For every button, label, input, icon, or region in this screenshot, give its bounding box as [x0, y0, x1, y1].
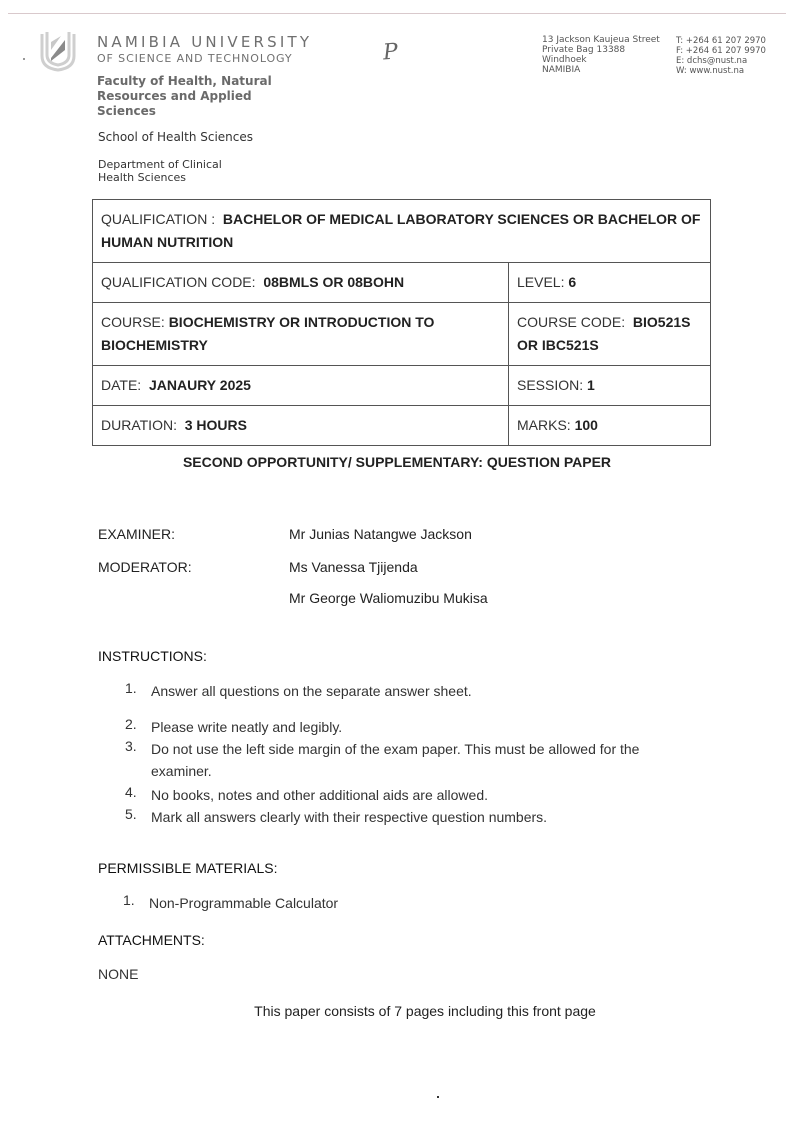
school-name: School of Health Sciences [98, 130, 253, 144]
qualification-label: QUALIFICATION : [101, 211, 215, 227]
permissible-materials-heading: PERMISSIBLE MATERIALS: [98, 860, 277, 876]
item-text: Answer all questions on the separate ans… [151, 680, 685, 702]
address-line: Private Bag 13388 [542, 45, 660, 55]
instruction-item: 5. Mark all answers clearly with their r… [125, 806, 685, 828]
item-text: Please write neatly and legibly. [151, 716, 685, 738]
level-cell: LEVEL: 6 [509, 263, 711, 303]
item-text: No books, notes and other additional aid… [151, 784, 685, 806]
marks-cell: MARKS: 100 [509, 406, 711, 446]
instruction-item: 1. Answer all questions on the separate … [125, 680, 685, 702]
level-label: LEVEL: [517, 274, 564, 290]
address-line: 13 Jackson Kaujeua Street [542, 35, 660, 45]
attachments-heading: ATTACHMENTS: [98, 932, 205, 948]
duration-cell: DURATION: 3 HOURS [93, 406, 509, 446]
item-number: 5. [125, 806, 147, 822]
qualification-code-label: QUALIFICATION CODE: [101, 274, 256, 290]
handwritten-mark: P [382, 40, 399, 66]
course-row: COURSE: BIOCHEMISTRY OR INTRODUCTION TO … [93, 303, 711, 366]
contact-details: T: +264 61 207 2970 F: +264 61 207 9970 … [676, 36, 766, 76]
qualification-code-row: QUALIFICATION CODE: 08BMLS OR 08BOHN LEV… [93, 263, 711, 303]
scan-top-rule [8, 13, 786, 14]
item-text: Non-Programmable Calculator [149, 892, 683, 914]
item-text: Do not use the left side margin of the e… [151, 738, 685, 782]
instruction-item: 3. Do not use the left side margin of th… [125, 738, 685, 782]
item-number: 2. [125, 716, 147, 732]
department-name: Department of Clinical Health Sciences [98, 158, 258, 184]
moderator-label: MODERATOR: [98, 559, 192, 575]
qualification-cell: QUALIFICATION : BACHELOR OF MEDICAL LABO… [93, 200, 711, 263]
postal-address: 13 Jackson Kaujeua Street Private Bag 13… [542, 35, 660, 75]
department-line: Health Sciences [98, 171, 258, 184]
date-value: JANAURY 2025 [149, 377, 251, 393]
marks-label: MARKS: [517, 417, 571, 433]
scan-speck [437, 1096, 439, 1098]
date-label: DATE: [101, 377, 141, 393]
duration-label: DURATION: [101, 417, 177, 433]
examiner-name: Mr Junias Natangwe Jackson [289, 526, 472, 542]
qualification-row: QUALIFICATION : BACHELOR OF MEDICAL LABO… [93, 200, 711, 263]
nust-logo-icon [36, 28, 80, 72]
email-line: E: dchs@nust.na [676, 56, 766, 66]
date-row: DATE: JANAURY 2025 SESSION: 1 [93, 366, 711, 406]
faculty-line: Faculty of Health, Natural [97, 74, 297, 89]
level-value: 6 [568, 274, 576, 290]
moderator-name: Ms Vanessa Tjijenda [289, 559, 418, 575]
address-line: NAMIBIA [542, 65, 660, 75]
instructions-heading: INSTRUCTIONS: [98, 648, 207, 664]
moderator-name: Mr George Waliomuzibu Mukisa [289, 590, 488, 606]
session-value: 1 [587, 377, 595, 393]
paper-type-title: SECOND OPPORTUNITY/ SUPPLEMENTARY: QUEST… [0, 454, 794, 470]
item-number: 4. [125, 784, 147, 800]
course-cell: COURSE: BIOCHEMISTRY OR INTRODUCTION TO … [93, 303, 509, 366]
instruction-item: 4. No books, notes and other additional … [125, 784, 685, 806]
instruction-item: 2. Please write neatly and legibly. [125, 716, 685, 738]
faculty-name: Faculty of Health, Natural Resources and… [97, 74, 297, 119]
course-label: COURSE: [101, 314, 165, 330]
address-line: Windhoek [542, 55, 660, 65]
item-number: 1. [123, 892, 145, 908]
course-code-cell: COURSE CODE: BIO521S OR IBC521S [509, 303, 711, 366]
exam-info-table: QUALIFICATION : BACHELOR OF MEDICAL LABO… [92, 199, 711, 446]
item-number: 1. [125, 680, 147, 696]
duration-value: 3 HOURS [185, 417, 247, 433]
website-line: W: www.nust.na [676, 66, 766, 76]
duration-row: DURATION: 3 HOURS MARKS: 100 [93, 406, 711, 446]
item-text: Mark all answers clearly with their resp… [151, 806, 685, 828]
session-cell: SESSION: 1 [509, 366, 711, 406]
date-cell: DATE: JANAURY 2025 [93, 366, 509, 406]
attachments-value: NONE [98, 966, 138, 982]
scan-speck [23, 58, 25, 60]
university-name: NAMIBIA UNIVERSITY [97, 33, 312, 51]
qualification-code-cell: QUALIFICATION CODE: 08BMLS OR 08BOHN [93, 263, 509, 303]
fax-line: F: +264 61 207 9970 [676, 46, 766, 56]
qualification-code-value: 08BMLS OR 08BOHN [263, 274, 404, 290]
permissible-item: 1. Non-Programmable Calculator [123, 892, 683, 914]
marks-value: 100 [575, 417, 598, 433]
faculty-line: Resources and Applied [97, 89, 297, 104]
item-number: 3. [125, 738, 147, 754]
examiner-label: EXAMINER: [98, 526, 175, 542]
department-line: Department of Clinical [98, 158, 258, 171]
page-count-note: This paper consists of 7 pages including… [0, 1003, 794, 1019]
phone-line: T: +264 61 207 2970 [676, 36, 766, 46]
course-code-label: COURSE CODE: [517, 314, 625, 330]
university-subtitle: OF SCIENCE AND TECHNOLOGY [97, 52, 293, 65]
session-label: SESSION: [517, 377, 583, 393]
faculty-line: Sciences [97, 104, 297, 119]
